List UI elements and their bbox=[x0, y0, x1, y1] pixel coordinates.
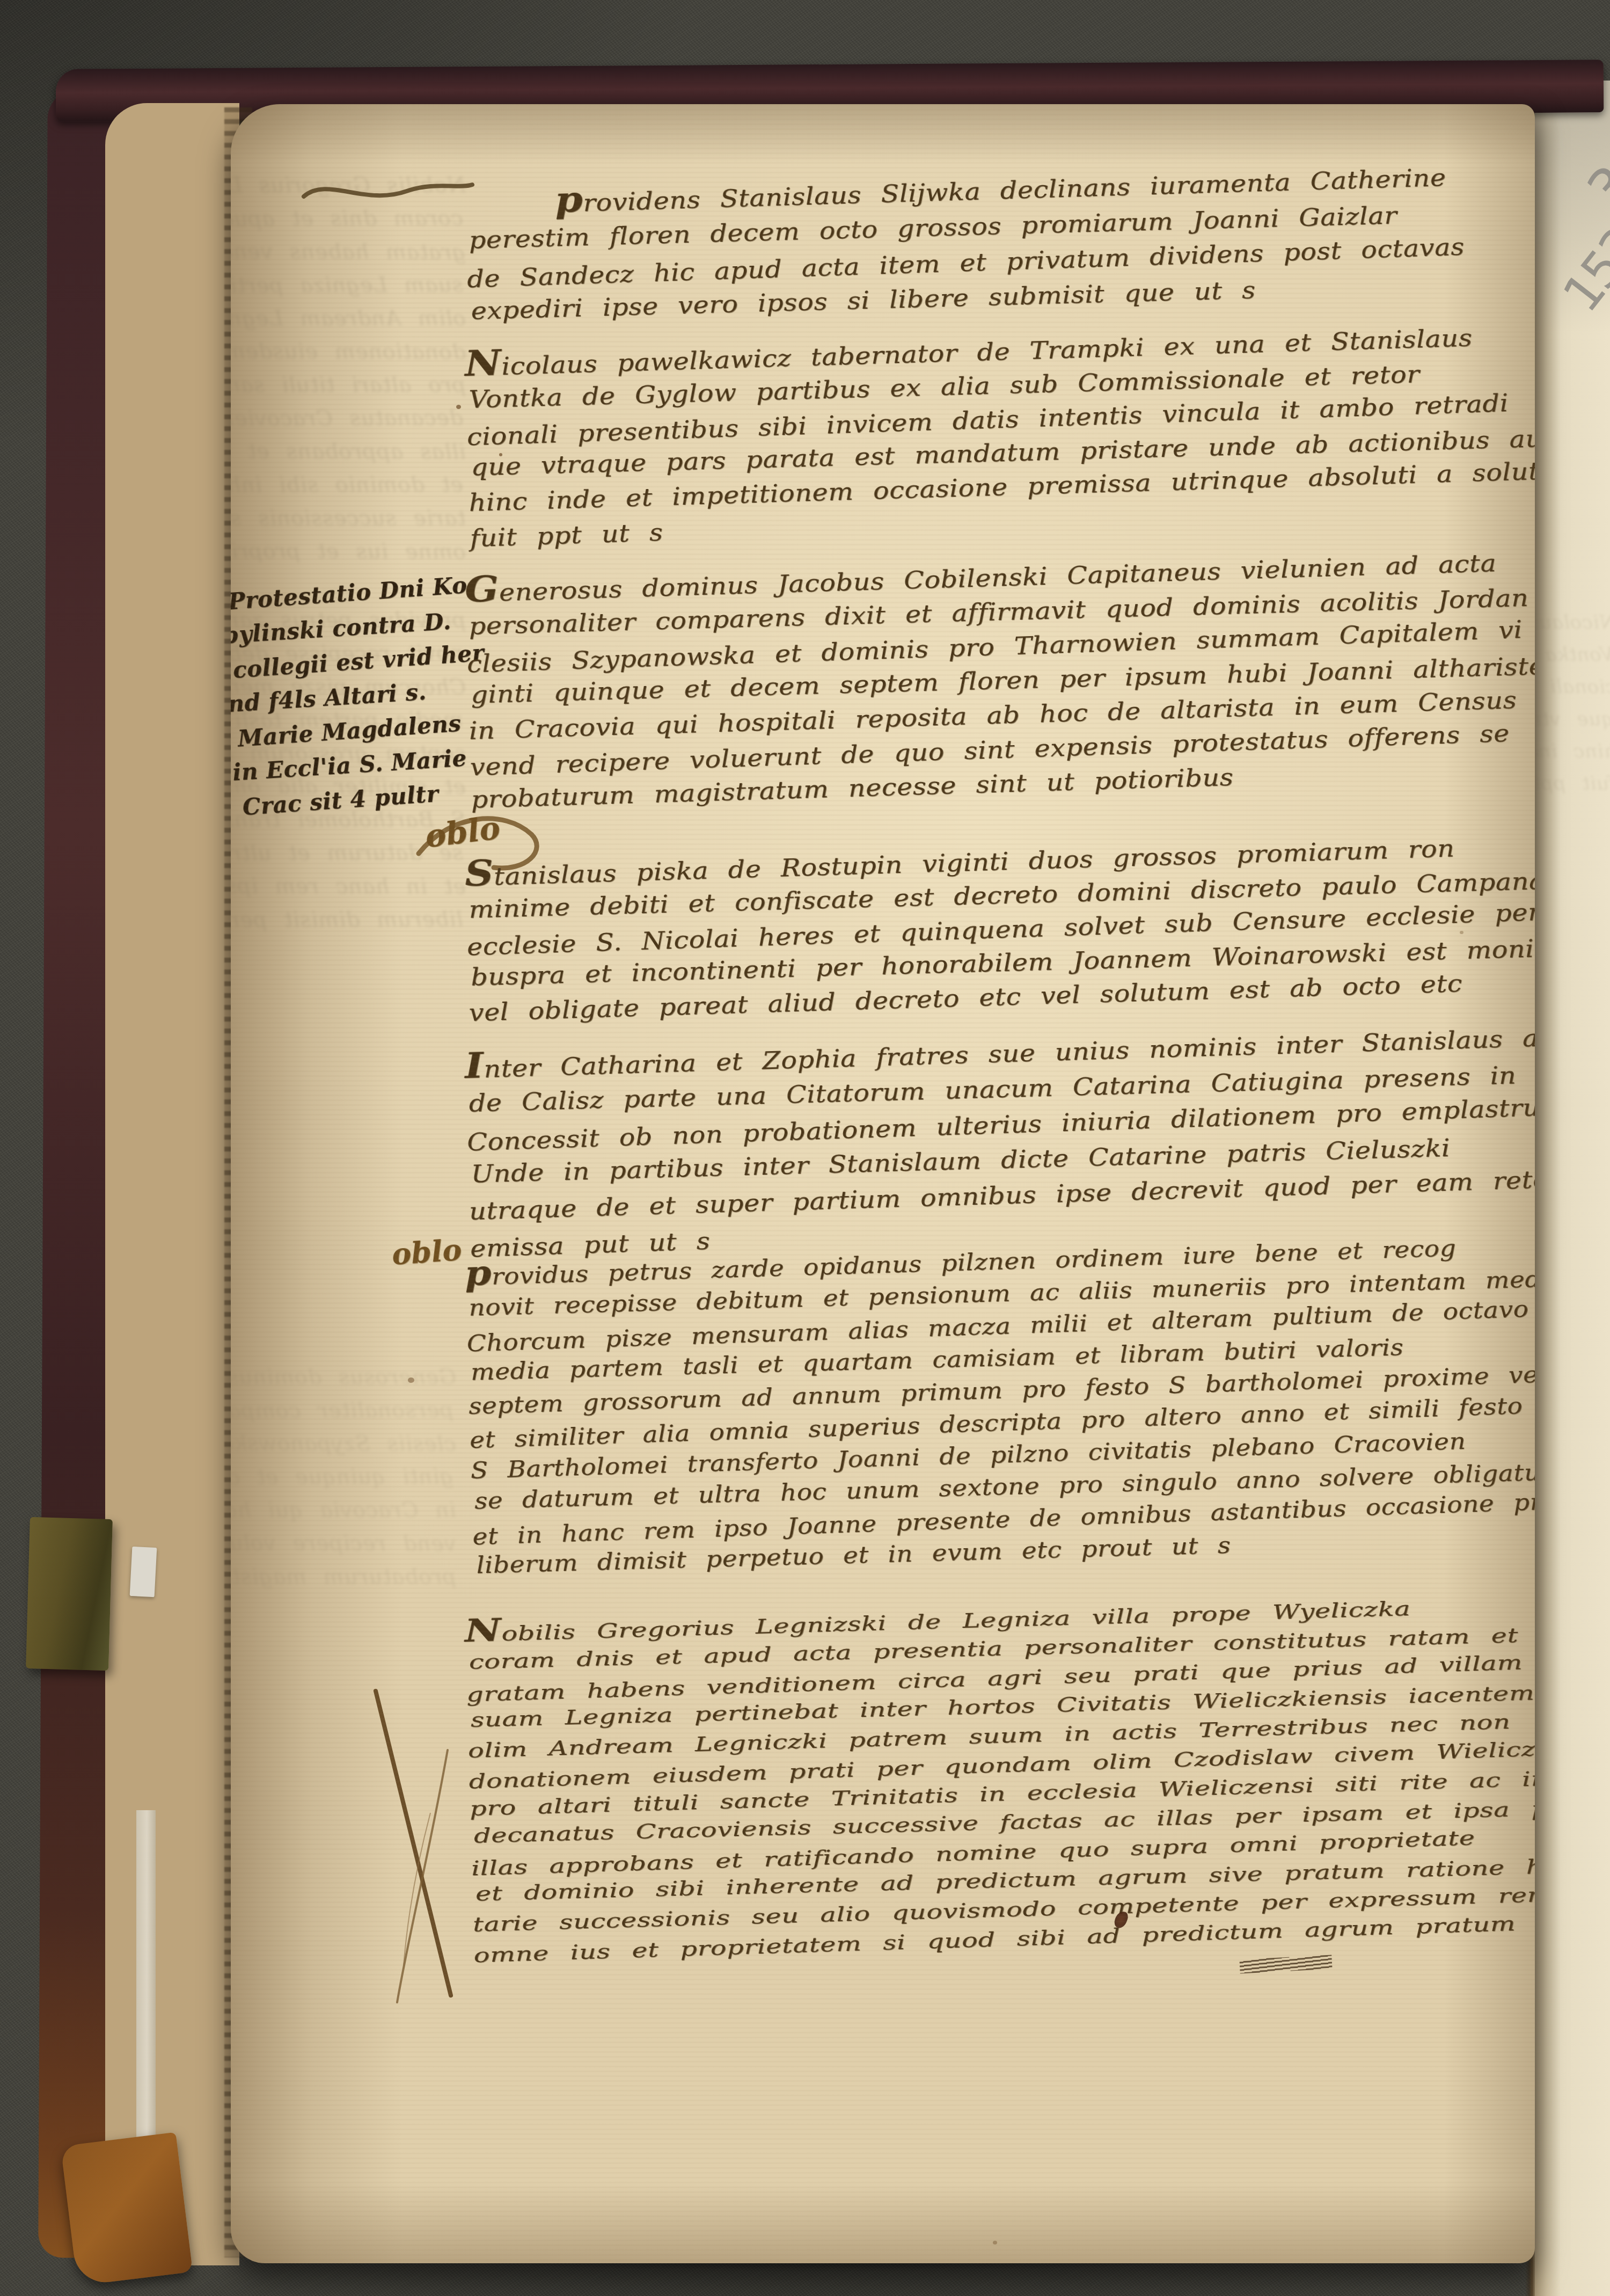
bleedthrough-line: fuit ppt ut s bbox=[1536, 768, 1610, 800]
binding-strap bbox=[26, 1517, 113, 1671]
bleedthrough-line: Generosus dominus Jacobus Cobilenski Cap… bbox=[231, 1360, 456, 1394]
bleedthrough-line: olim Andream Legniczki patrem suum in ac… bbox=[231, 302, 466, 335]
entry-paragraph: Nicolaus pawelkawicz tabernator de Tramp… bbox=[464, 311, 1535, 554]
bleedthrough-line: Nicolaus pawelkawicz tabernator de Tramp… bbox=[1536, 607, 1610, 639]
page-edges-stack bbox=[105, 103, 239, 2265]
bleedthrough-line: gratam habens venditionem circa agri seu… bbox=[231, 235, 466, 269]
bleedthrough-line: suam Legniza pertinebat inter hortos Civ… bbox=[231, 268, 463, 302]
bleedthrough-line: illas approbans et ratificando nomine qu… bbox=[231, 434, 466, 469]
paper-speck bbox=[499, 453, 502, 456]
manuscript-page: Nobilis Gregorius Legnizski de Legniza v… bbox=[231, 104, 1535, 2263]
margin-cross-mark bbox=[366, 1687, 463, 2009]
crossed-out-word bbox=[1239, 1955, 1332, 1974]
bleedthrough-line: ginti quinque et decem septem floren per… bbox=[231, 1460, 453, 1493]
bleedthrough-text: Generosus dominus Jacobus Cobilenski Cap… bbox=[231, 1360, 456, 1715]
entry-paragraph: Generosus dominus Jacobus Cobilenski Cap… bbox=[464, 537, 1535, 818]
bleedthrough-line: tarie successionis seu alio quovismodo c… bbox=[231, 501, 466, 535]
bleedthrough-line: que vtraque pars parata est mandatum pri… bbox=[1536, 703, 1610, 735]
bleedthrough-line: pro altari tituli sancte Trinitatis in e… bbox=[231, 368, 466, 402]
bleedthrough-line: omne ius et proprietatem si quod sibi ad… bbox=[231, 534, 466, 568]
marginal-note-protestatio: Protestatio Dni Kobylinski contra D.coll… bbox=[231, 567, 501, 825]
photo-canvas: 3 153 Nicolaus pawelkawicz tabernator de… bbox=[0, 0, 1610, 2296]
bleedthrough-line: donationem eiusdem prati per quondam oli… bbox=[231, 334, 466, 369]
pencil-folio-number: 153 bbox=[1552, 218, 1610, 323]
entry-paragraph: providens Stanislaus Slijwka declinans i… bbox=[464, 149, 1535, 331]
entry-paragraph: Nobilis Gregorius Legnizski de Legniza v… bbox=[464, 1578, 1535, 1967]
bleedthrough-line: clesiis Szypanowska et dominis pro Tharn… bbox=[231, 1426, 456, 1460]
bleedthrough-line: liberum dimisit perpetuo et in evum etc … bbox=[231, 902, 463, 936]
bleedthrough-line: et dominio sibi inherente ad predictum a… bbox=[231, 468, 463, 501]
entry-paragraph: providus petrus zarde opidanus pilznen o… bbox=[464, 1222, 1535, 1584]
pencil-number-partial: 3 bbox=[1575, 154, 1610, 221]
bleedthrough-line: personaliter comparens dixit et affirmav… bbox=[231, 1393, 453, 1427]
bleedthrough-line: in Cracovia qui hospitali reposita ab ho… bbox=[231, 1493, 456, 1527]
paper-speck bbox=[408, 1377, 414, 1383]
bleedthrough-line: Vontka de Gyglow partibus ex alia sub Co… bbox=[1536, 639, 1610, 671]
bleedthrough-line: decanatus Cracoviensis successive factas… bbox=[231, 401, 463, 435]
margin-note-oblo: oblo bbox=[391, 1233, 463, 1272]
bleedthrough-line: hinc inde et impetitionem occasione prem… bbox=[1536, 735, 1610, 768]
bleedthrough-line: vend recipere voluerunt de quo sint expe… bbox=[231, 1526, 456, 1560]
paper-speck bbox=[993, 2241, 997, 2244]
pen-flourish bbox=[299, 173, 477, 216]
entry-paragraph: Stanislaus piska de Rostupin viginti duo… bbox=[464, 821, 1535, 1030]
bleedthrough-line: probaturum magistratum necesse sint ut p… bbox=[231, 1560, 456, 1593]
bleedthrough-text: Nobilis Gregorius Legnizski de Legniza v… bbox=[231, 169, 466, 587]
next-page-edge: 3 153 Nicolaus pawelkawicz tabernator de… bbox=[1533, 81, 1610, 2296]
paper-guard-strip bbox=[136, 1810, 156, 2169]
entry-paragraph: Inter Catharina et Zophia fratres sue un… bbox=[464, 1012, 1535, 1265]
book-cover-corner bbox=[61, 2132, 193, 2286]
bleedthrough-text: Nicolaus pawelkawicz tabernator de Tramp… bbox=[1536, 607, 1610, 1090]
paper-tab bbox=[130, 1547, 157, 1597]
paper-speck bbox=[456, 405, 461, 409]
bleedthrough-line: cionali presentibus sibi invicem datis i… bbox=[1536, 671, 1610, 704]
paper-speck bbox=[1460, 931, 1463, 934]
